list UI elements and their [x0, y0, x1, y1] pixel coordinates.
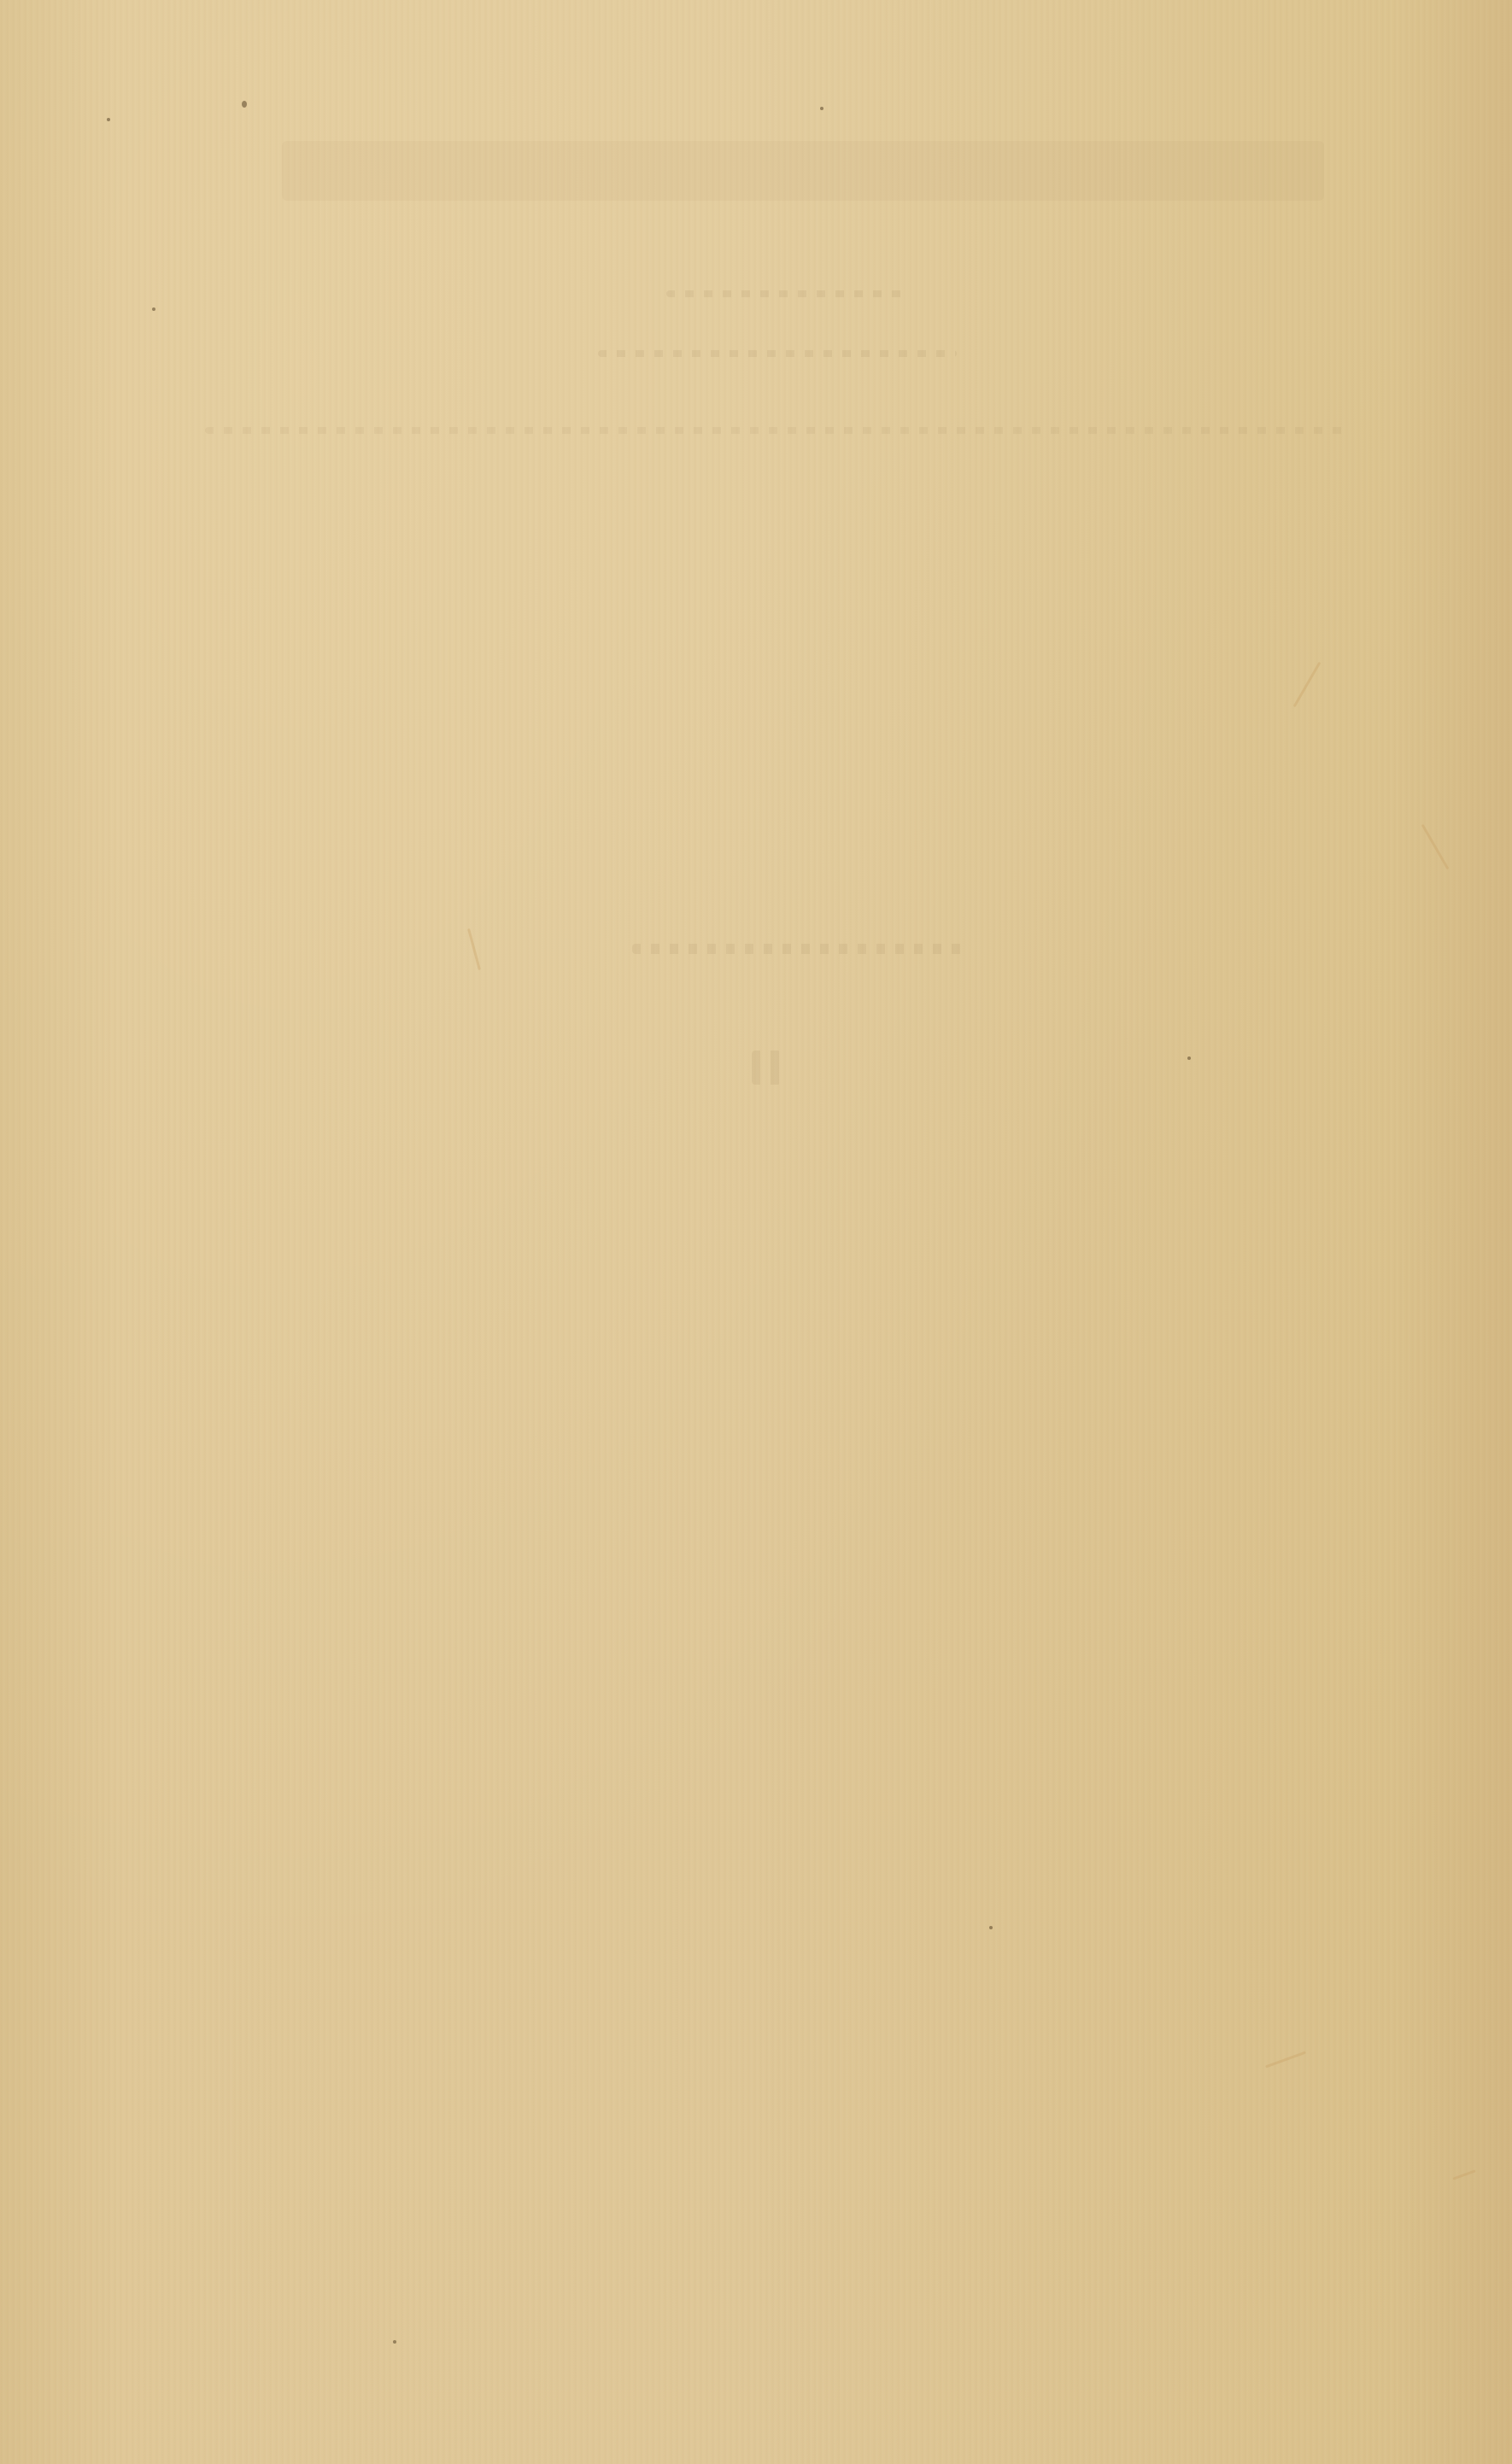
paper-fleck — [1265, 2051, 1306, 2069]
bleed-through-line — [598, 350, 957, 357]
paper-speck — [152, 307, 155, 311]
bleed-through-title-block — [282, 141, 1324, 201]
bleed-through-center-line — [632, 944, 965, 954]
paper-speck — [107, 118, 110, 121]
paper-speck — [393, 2340, 396, 2344]
paper-speck — [820, 107, 823, 110]
bleed-through-line — [205, 427, 1350, 434]
paper-speck — [1187, 1056, 1191, 1060]
paper-speck — [242, 101, 247, 108]
paper-fleck — [1293, 662, 1322, 707]
bleed-through-center-mark — [752, 1051, 781, 1085]
paper-speck — [989, 1926, 993, 1929]
bleed-through-line — [666, 290, 905, 297]
paper-fleck — [1421, 824, 1450, 869]
paper-fleck — [1452, 2169, 1475, 2180]
blank-page — [0, 0, 1512, 2464]
paper-texture — [0, 0, 1512, 2464]
paper-fleck — [467, 928, 481, 970]
